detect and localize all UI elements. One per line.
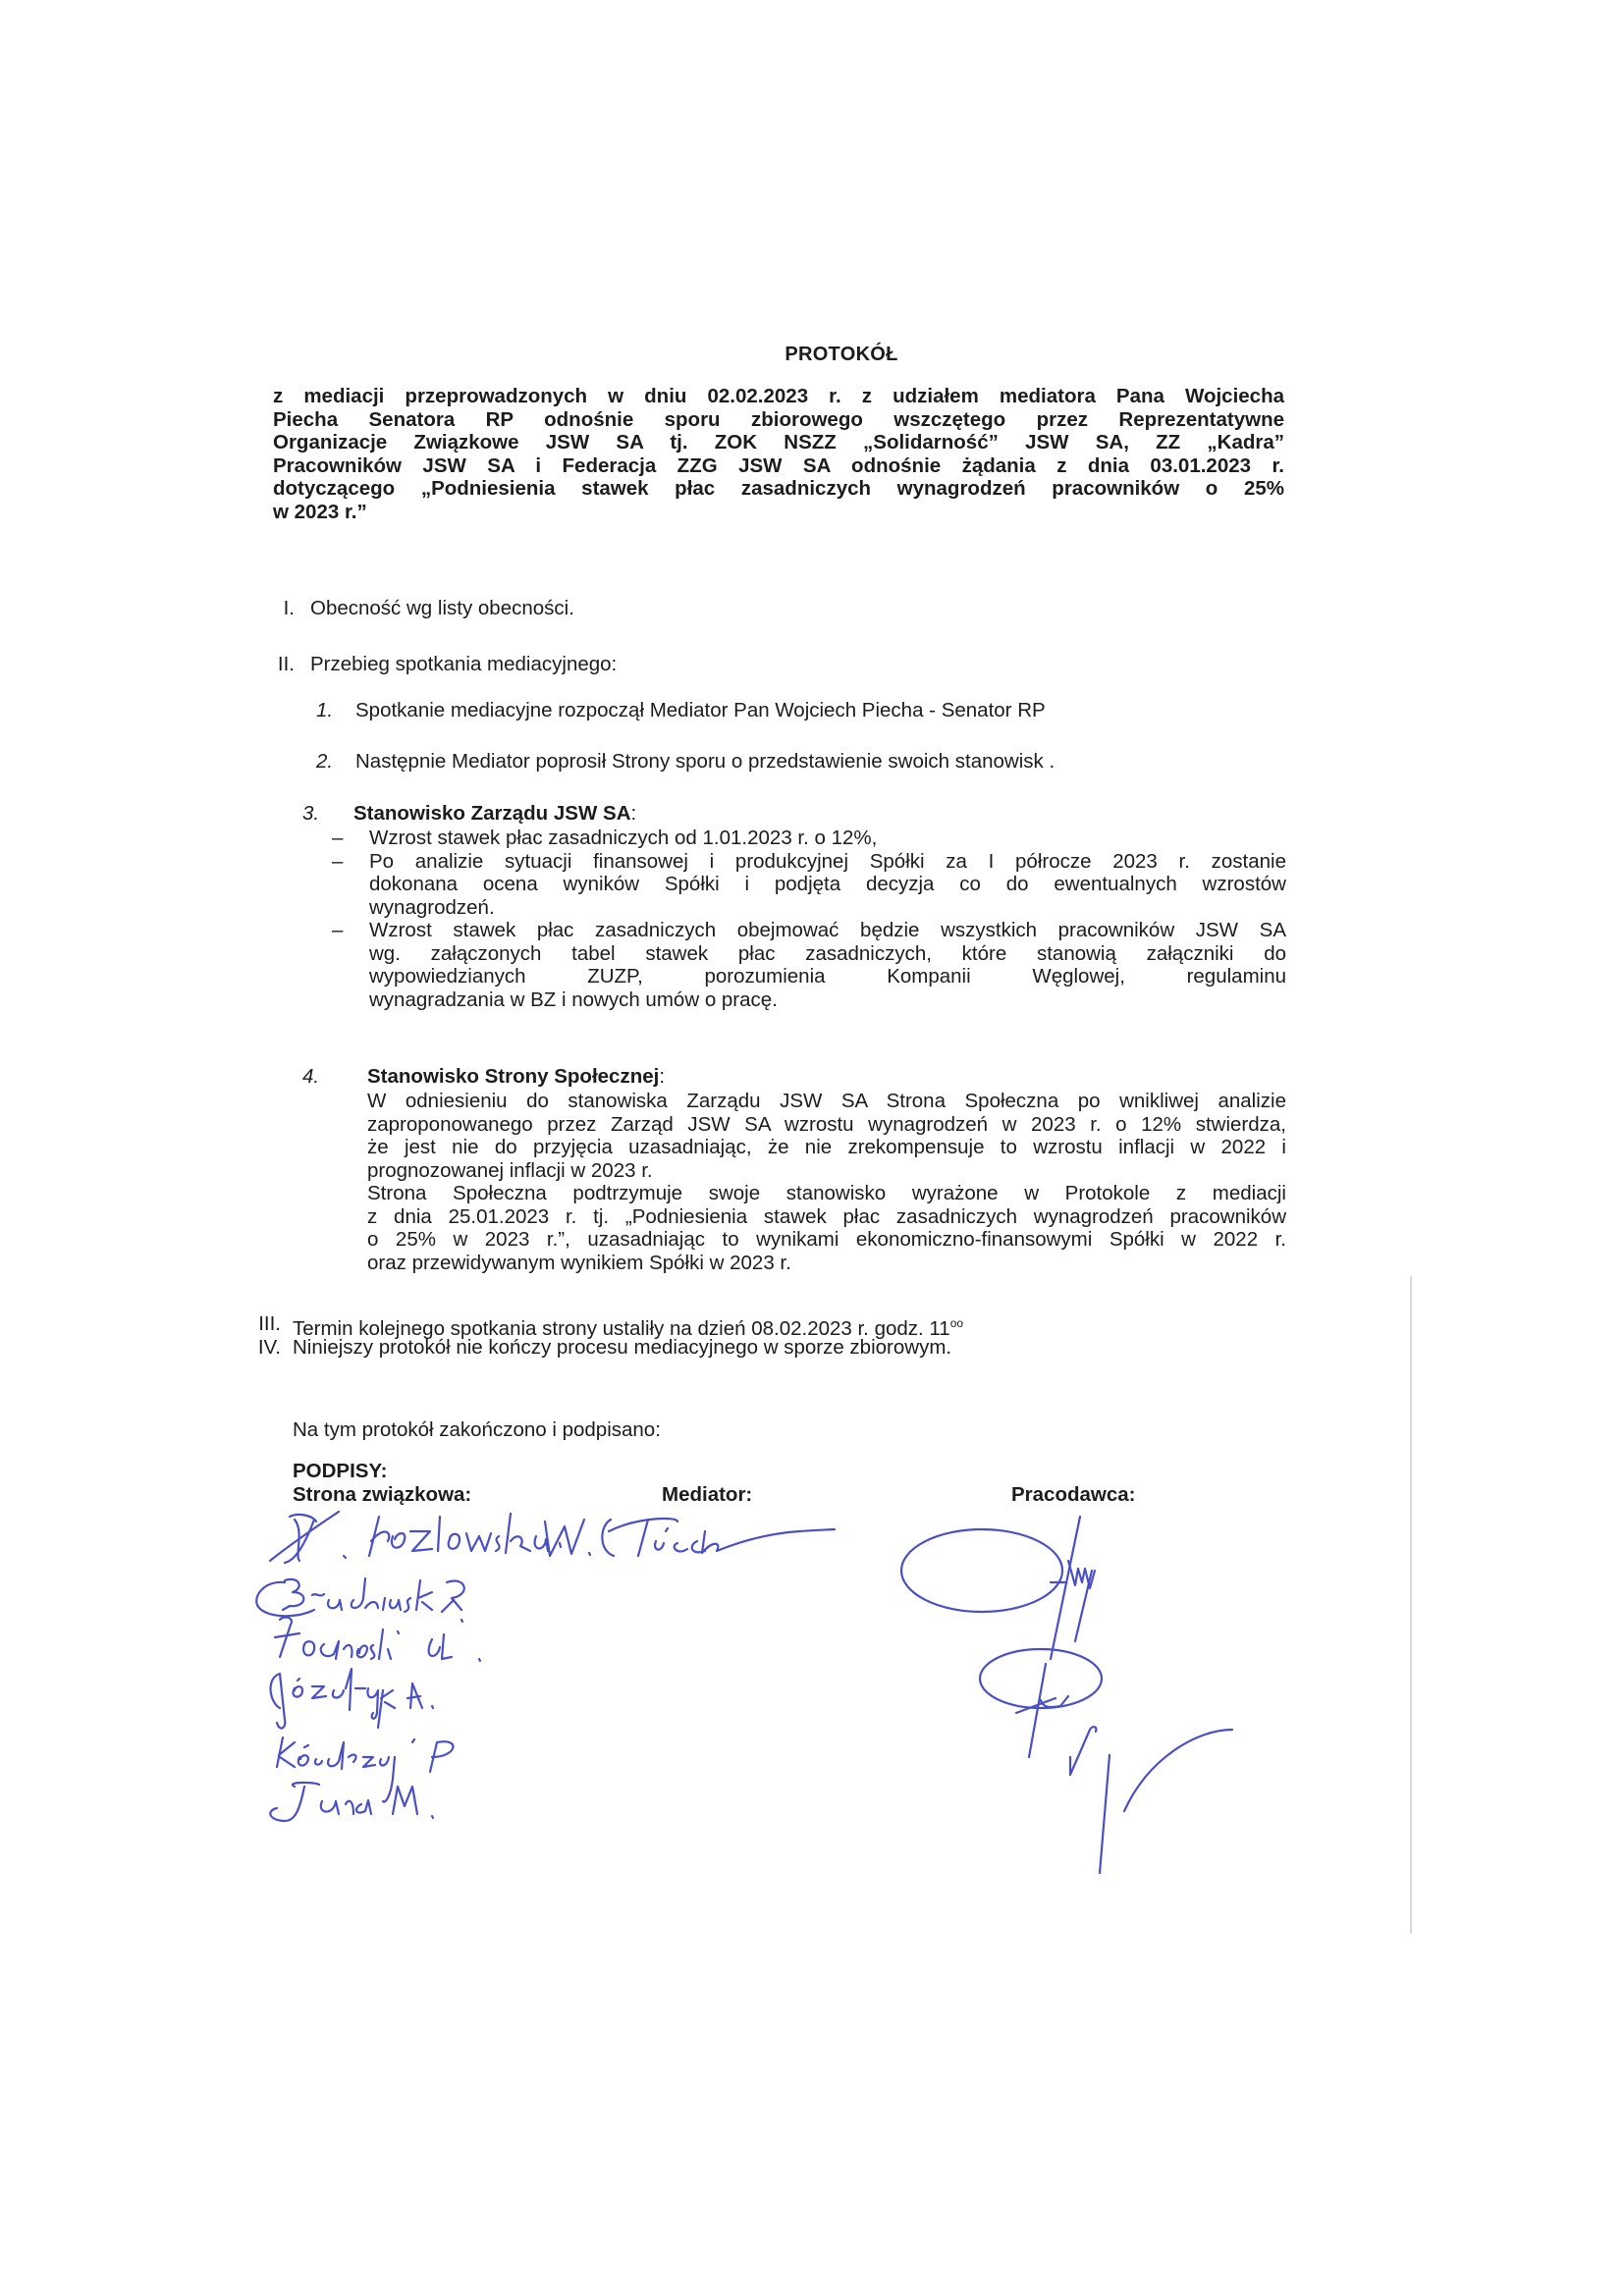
signature-piecha	[545, 1519, 835, 1556]
signatures-drawing	[0, 0, 1624, 2296]
signature-employer-1	[901, 1517, 1095, 1659]
signature-brodzinski	[256, 1578, 463, 1622]
signature-jozefczyk	[271, 1669, 433, 1729]
signature-tokarski	[275, 1618, 480, 1661]
signature-kozlowski	[270, 1512, 561, 1563]
signature-duna	[270, 1783, 433, 1821]
signature-employer-2	[980, 1649, 1102, 1757]
signature-employer-3	[1070, 1727, 1232, 1873]
document-page: PROTOKÓŁ z mediacji przeprowadzonych w d…	[0, 0, 1624, 2296]
scan-artifact-line	[1410, 1276, 1412, 1934]
